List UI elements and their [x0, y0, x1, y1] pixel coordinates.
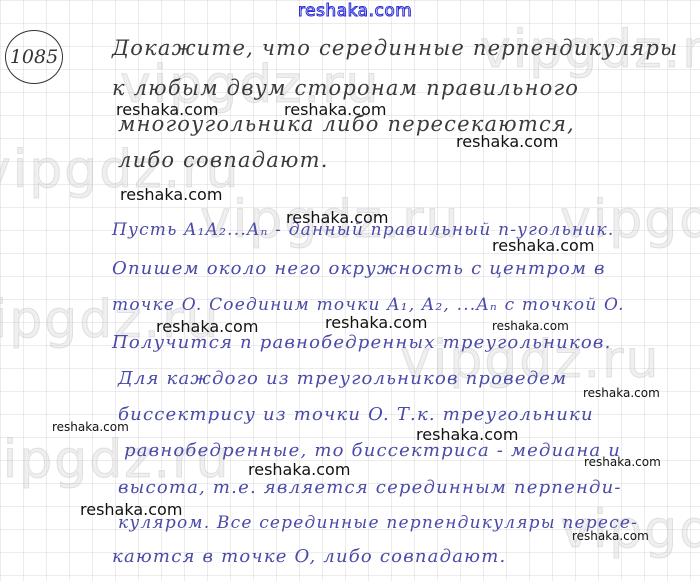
- watermark: reshaka.com: [248, 460, 350, 479]
- watermark: reshaka.com: [584, 455, 661, 469]
- solution-line: высота, т.е. является серединным перпенд…: [118, 477, 622, 498]
- watermark: reshaka.com: [80, 500, 182, 519]
- watermark: reshaka.com: [583, 386, 660, 400]
- watermark: reshaka.com: [416, 425, 518, 444]
- problem-number: 1085: [10, 46, 58, 68]
- watermark: reshaka.com: [116, 100, 218, 119]
- watermark: reshaka.com: [572, 529, 649, 543]
- watermark: reshaka.com: [456, 132, 558, 151]
- watermark: reshaka.com: [284, 100, 386, 119]
- solution-line: точке O. Соединим точки A₁, A₂, ...Aₙ с …: [112, 295, 625, 315]
- site-logo-link[interactable]: reshaka.com: [298, 1, 412, 21]
- watermark: reshaka.com: [120, 185, 222, 204]
- statement-line: либо совпадают.: [118, 148, 329, 172]
- solution-line: Опишем около него окружность с центром в: [112, 258, 606, 279]
- watermark: reshaka.com: [492, 236, 594, 255]
- solution-line: Для каждого из треугольников проведем: [118, 368, 567, 389]
- watermark: reshaka.com: [286, 208, 388, 227]
- watermark: reshaka.com: [325, 313, 427, 332]
- solution-line: куляром. Все серединные перпендикуляры п…: [118, 513, 638, 533]
- statement-line: к любым двум сторонам правильного: [112, 76, 579, 100]
- problem-number-badge: 1085: [5, 30, 63, 84]
- solution-line: каются в точке O, либо совпадают.: [112, 546, 506, 567]
- solution-line: равнобедренные, то биссектриса - медиана…: [124, 440, 621, 461]
- watermark: reshaka.com: [492, 319, 569, 333]
- solution-line: биссектрису из точки O. Т.к. треугольник…: [118, 404, 594, 425]
- statement-line: Докажите, что серединные перпендикуляры: [112, 36, 678, 60]
- watermark: reshaka.com: [156, 317, 258, 336]
- watermark: reshaka.com: [52, 420, 129, 434]
